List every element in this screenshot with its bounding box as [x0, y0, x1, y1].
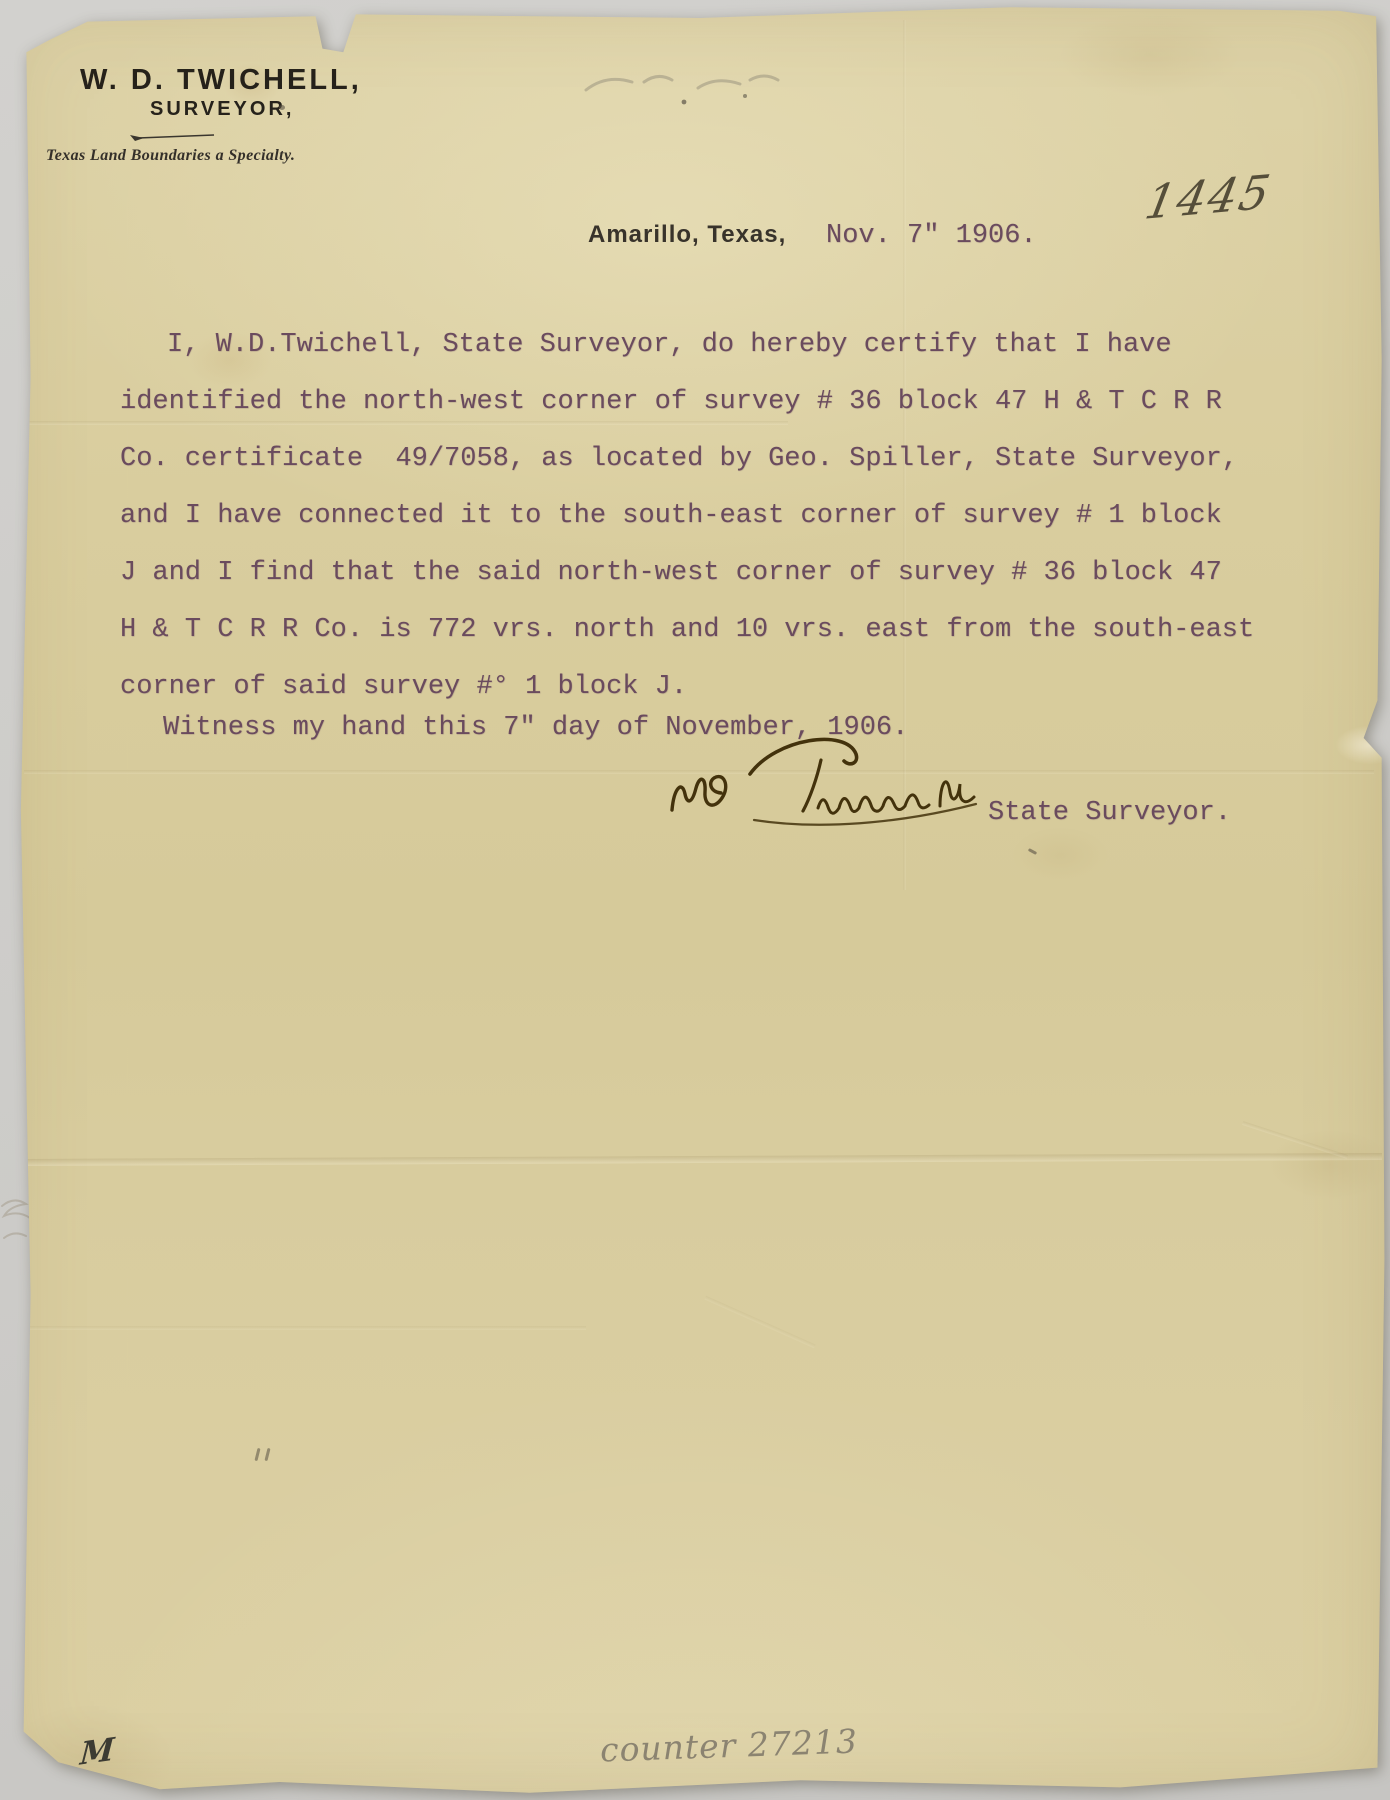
fold-crease — [28, 421, 788, 425]
wrinkle — [1242, 1121, 1348, 1159]
counter-annotation: counter 27213 — [599, 1722, 858, 1770]
paper-sheet-wrap: W. D. TWICHELL, SURVEYOR, Texas Land Bou… — [0, 0, 1390, 1800]
body-line: J and I find that the said north-west co… — [120, 558, 1222, 588]
dateline-place: Amarillo, Texas, — [588, 221, 786, 249]
wrinkle — [704, 1296, 815, 1348]
fold-crease — [22, 1153, 1382, 1166]
pencil-tick — [264, 1448, 270, 1461]
pencil-tick — [254, 1448, 260, 1461]
file-number-annotation: 1445 — [1141, 164, 1276, 230]
body-line: and I have connected it to the south-eas… — [120, 501, 1222, 531]
body-line: Co. certificate 49/7058, as located by G… — [120, 444, 1238, 474]
scanned-document-background: W. D. TWICHELL, SURVEYOR, Texas Land Bou… — [0, 0, 1390, 1800]
letterhead-name: W. D. TWICHELL, — [80, 64, 362, 97]
signature-title: State Surveyor. — [988, 798, 1231, 828]
letterhead-title: SURVEYOR, — [150, 98, 294, 121]
letterhead-ornament-icon — [128, 130, 220, 144]
body-line: corner of said survey #° 1 block J. — [120, 672, 687, 702]
ink-speck — [279, 105, 285, 110]
letterhead-tagline: Texas Land Boundaries a Specialty. — [46, 147, 295, 165]
paper-sheet: W. D. TWICHELL, SURVEYOR, Texas Land Bou… — [0, 0, 1390, 1800]
pencil-smudge — [580, 58, 810, 118]
dateline-date: Nov. 7" 1906. — [826, 221, 1037, 251]
body-line: identified the north-west corner of surv… — [120, 387, 1222, 417]
m-annotation: M — [79, 1731, 116, 1772]
age-stains — [0, 0, 1390, 1800]
body-line: H & T C R R Co. is 772 vrs. north and 10… — [120, 615, 1254, 645]
witness-line: Witness my hand this 7" day of November,… — [163, 713, 908, 743]
signature-twichell — [658, 740, 992, 836]
fold-crease — [26, 1326, 586, 1330]
ink-speck — [1028, 848, 1037, 855]
body-line: I, W.D.Twichell, State Surveyor, do here… — [120, 330, 1172, 360]
